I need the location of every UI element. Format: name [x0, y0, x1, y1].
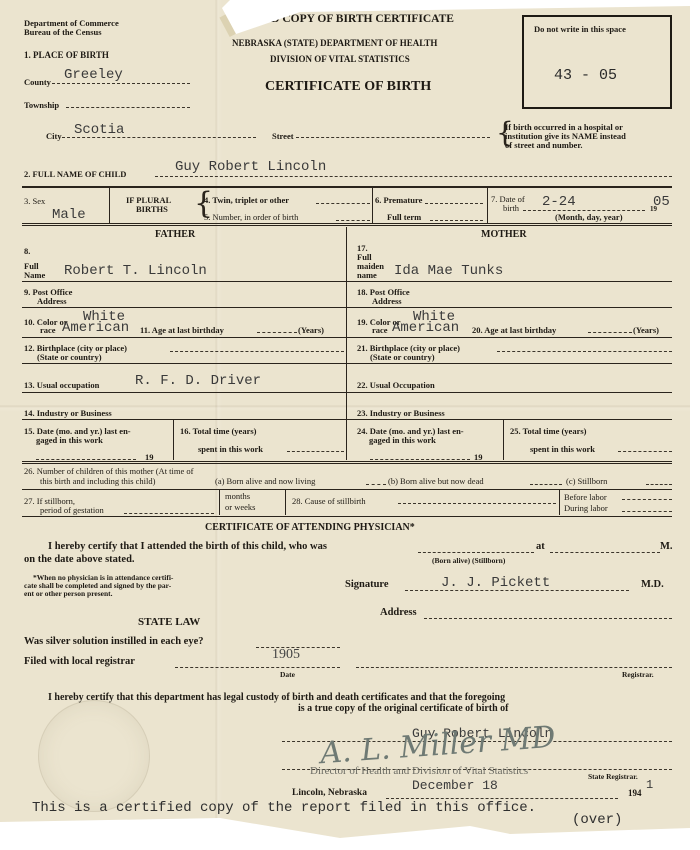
before-labor-line[interactable] [622, 499, 672, 500]
dob-value[interactable]: 2-24 [542, 195, 576, 209]
divider [22, 337, 346, 338]
street-label: Street [272, 132, 294, 141]
md-label: M.D. [641, 579, 664, 590]
silver-solution-label: Was silver solution instilled in each ey… [24, 636, 203, 647]
divider [487, 187, 488, 223]
certification-date-value[interactable]: December 18 [412, 779, 498, 793]
divider [347, 281, 672, 282]
certification-year-prefix: 194 [628, 789, 642, 798]
divider [109, 187, 110, 223]
county-line [52, 83, 190, 84]
father-race-value[interactable]: American [62, 321, 129, 335]
divider [22, 223, 672, 226]
mother-total-time-1: 25. Total time (years) [510, 427, 587, 436]
filed-date-line [175, 667, 340, 668]
divider [22, 392, 346, 393]
father-birthplace-label-2: (State or country) [37, 353, 102, 362]
embossed-seal [38, 700, 150, 812]
filed-date-value[interactable]: 1905 [272, 647, 300, 663]
mother-name-value[interactable]: Ida Mae Tunks [394, 264, 503, 278]
father-age-line[interactable] [257, 332, 297, 333]
divider [22, 363, 346, 364]
father-date-engaged-line[interactable] [36, 459, 136, 460]
gestation-label-2: period of gestation [40, 506, 104, 515]
registrar-label: Registrar. [622, 670, 654, 679]
certification-date-line [386, 798, 618, 799]
stillborn-label: (c) Stillborn [566, 477, 607, 486]
father-color-label-2: race [40, 326, 56, 335]
sex-label: 3. Sex [24, 197, 45, 206]
father-heading: FATHER [155, 229, 195, 240]
mother-age-label: 20. Age at last birthday [472, 326, 556, 335]
over-label: (over) [572, 813, 622, 827]
divider [22, 461, 672, 464]
father-date-engaged-2: gaged in this work [36, 436, 103, 445]
at-label: at [536, 541, 545, 552]
plural-births-label-2: BIRTHS [136, 205, 168, 214]
weeks-label: or weeks [225, 503, 255, 512]
twin-line[interactable] [316, 203, 370, 204]
do-not-write-label: Do not write in this space [534, 25, 626, 34]
father-total-time-line[interactable] [287, 451, 344, 452]
certified-copy-note: This is a certified copy of the report f… [32, 801, 536, 815]
state-law-heading: STATE LAW [138, 616, 200, 628]
mother-date-engaged-2: gaged in this work [369, 436, 436, 445]
born-alive-dead-label: (b) Born alive but now dead [388, 477, 484, 486]
physician-certify-text: I hereby certify that I attended the bir… [48, 541, 327, 552]
hospital-note-3: of street and number. [505, 141, 582, 150]
certified-copy-title: FIED COPY OF BIRTH CERTIFICATE [252, 13, 454, 25]
footnote-3: ent or other person present. [24, 590, 113, 598]
county-value[interactable]: Greeley [64, 68, 123, 82]
certification-text-2: is a true copy of the original certifica… [298, 703, 509, 714]
birth-order-label: 5. Number, in order of birth [204, 213, 298, 222]
director-stamp: Director of Health and Division of Vital… [310, 765, 528, 777]
county-label: County [24, 78, 51, 87]
mother-years-label: (Years) [633, 326, 659, 335]
birth-certificate-document: Department of Commerce Bureau of the Cen… [0, 0, 690, 838]
city-label: City [46, 132, 62, 141]
children-label-1: 26. Number of children of this mother (A… [24, 467, 194, 476]
divider [347, 307, 672, 308]
mother-total-time-2: spent in this work [530, 445, 595, 454]
full-term-label: Full term [387, 213, 421, 222]
mother-full-label-3: name [357, 271, 377, 280]
physician-signature-value[interactable]: J. J. Pickett [441, 576, 550, 590]
father-total-time-1: 16. Total time (years) [180, 427, 257, 436]
divider [347, 392, 672, 393]
father-age-label: 11. Age at last birthday [140, 326, 224, 335]
divider [22, 489, 672, 490]
father-occupation-label: 13. Usual occupation [24, 381, 99, 390]
certification-text-1: I hereby certify that this department ha… [48, 692, 505, 703]
column-divider [346, 227, 347, 460]
father-po-label-2: Address [37, 297, 67, 306]
full-name-line [155, 176, 672, 177]
cause-stillbirth-line[interactable] [398, 503, 556, 504]
township-line[interactable] [66, 107, 190, 108]
father-total-time-2: spent in this work [198, 445, 263, 454]
time-line[interactable] [550, 552, 660, 553]
mother-race-value[interactable]: American [392, 321, 459, 335]
torn-corner-tape [219, 0, 268, 37]
children-label-2: this birth and including this child) [40, 477, 155, 486]
dob-format-hint: (Month, day, year) [555, 213, 623, 222]
township-label: Township [24, 101, 59, 110]
birth-order-line[interactable] [336, 220, 370, 221]
child-name-value[interactable]: Guy Robert Lincoln [175, 160, 326, 174]
twin-label: 4. Twin, triplet or other [204, 196, 289, 205]
state-registrar-label: State Registrar. [588, 772, 638, 781]
father-birthplace-line[interactable] [170, 351, 344, 352]
dob-label-2: birth [503, 204, 519, 213]
mother-birthplace-line[interactable] [497, 351, 672, 352]
divider [347, 363, 672, 364]
date-stated-text: on the date above stated. [24, 554, 135, 565]
before-labor-label: Before labor [564, 493, 607, 502]
form-title: CERTIFICATE OF BIRTH [265, 79, 431, 95]
premature-label: 6. Premature [375, 196, 422, 205]
agency-line-2: Bureau of the Census [24, 28, 102, 37]
certification-year-suffix[interactable]: 1 [646, 778, 653, 792]
divider [173, 420, 174, 460]
father-years-label: (Years) [298, 326, 324, 335]
premature-line[interactable] [425, 203, 483, 204]
mother-occupation-label: 22. Usual Occupation [357, 381, 435, 390]
born-alive-hint: (Born alive) (Stillborn) [432, 556, 505, 565]
office-use-box: Do not write in this space 43 - 05 [522, 15, 672, 109]
divider [22, 419, 672, 420]
mother-total-time-line[interactable] [618, 451, 672, 452]
location-label: Lincoln, Nebraska [292, 788, 367, 798]
signature-label: Signature [345, 579, 389, 590]
street-line[interactable] [296, 137, 490, 138]
father-num: 8. [24, 247, 30, 256]
mother-date-engaged-line[interactable] [370, 459, 470, 460]
born-alive-line[interactable] [418, 552, 534, 553]
place-of-birth-label: 1. PLACE OF BIRTH [24, 51, 109, 60]
divider [22, 307, 346, 308]
divider [22, 516, 672, 517]
filed-registrar-label: Filed with local registrar [24, 656, 135, 667]
registrar-line[interactable] [356, 667, 672, 668]
dob-year-value[interactable]: 05 [653, 195, 670, 209]
state-department: NEBRASKA (STATE) DEPARTMENT OF HEALTH [232, 39, 437, 48]
born-alive-living-line[interactable] [366, 484, 386, 485]
born-alive-dead-line[interactable] [530, 484, 562, 485]
divider [22, 186, 672, 188]
city-value[interactable]: Scotia [74, 123, 124, 137]
divider [22, 281, 346, 282]
division-title: DIVISION OF VITAL STATISTICS [270, 55, 410, 64]
full-name-label: 2. FULL NAME OF CHILD [24, 170, 126, 179]
divider [372, 187, 373, 223]
divider [559, 490, 560, 515]
physician-heading: CERTIFICATE OF ATTENDING PHYSICIAN* [205, 522, 415, 533]
gestation-line[interactable] [124, 513, 214, 514]
during-labor-line[interactable] [622, 511, 672, 512]
divider [503, 420, 504, 460]
divider [347, 337, 672, 338]
mother-birthplace-label-2: (State or country) [370, 353, 435, 362]
mother-color-label-2: race [372, 326, 388, 335]
months-label: months [225, 492, 250, 501]
during-labor-label: During labor [564, 504, 608, 513]
mother-heading: MOTHER [481, 229, 527, 240]
file-number: 43 - 05 [554, 69, 617, 83]
divider [285, 490, 286, 515]
mother-po-label-2: Address [372, 297, 402, 306]
full-term-line[interactable] [430, 220, 483, 221]
cause-stillbirth-label: 28. Cause of stillbirth [292, 497, 366, 506]
registrar-signature: A. L. Miller MD [319, 720, 557, 771]
father-industry-label: 14. Industry or Business [24, 409, 112, 418]
born-alive-living-label: (a) Born alive and now living [215, 477, 315, 486]
dob-line [523, 210, 645, 211]
father-name-value[interactable]: Robert T. Lincoln [64, 264, 207, 278]
m-label: M. [660, 541, 673, 552]
address-label: Address [380, 607, 417, 618]
sex-value[interactable]: Male [52, 208, 86, 222]
mother-industry-label: 23. Industry or Business [357, 409, 445, 418]
stillborn-line[interactable] [646, 484, 672, 485]
date-label: Date [280, 670, 295, 679]
divider [219, 490, 220, 515]
father-full-label-2: Name [24, 271, 45, 280]
father-occupation-value[interactable]: R. F. D. Driver [135, 374, 261, 388]
physician-address-line[interactable] [424, 618, 672, 619]
mother-age-line[interactable] [588, 332, 632, 333]
